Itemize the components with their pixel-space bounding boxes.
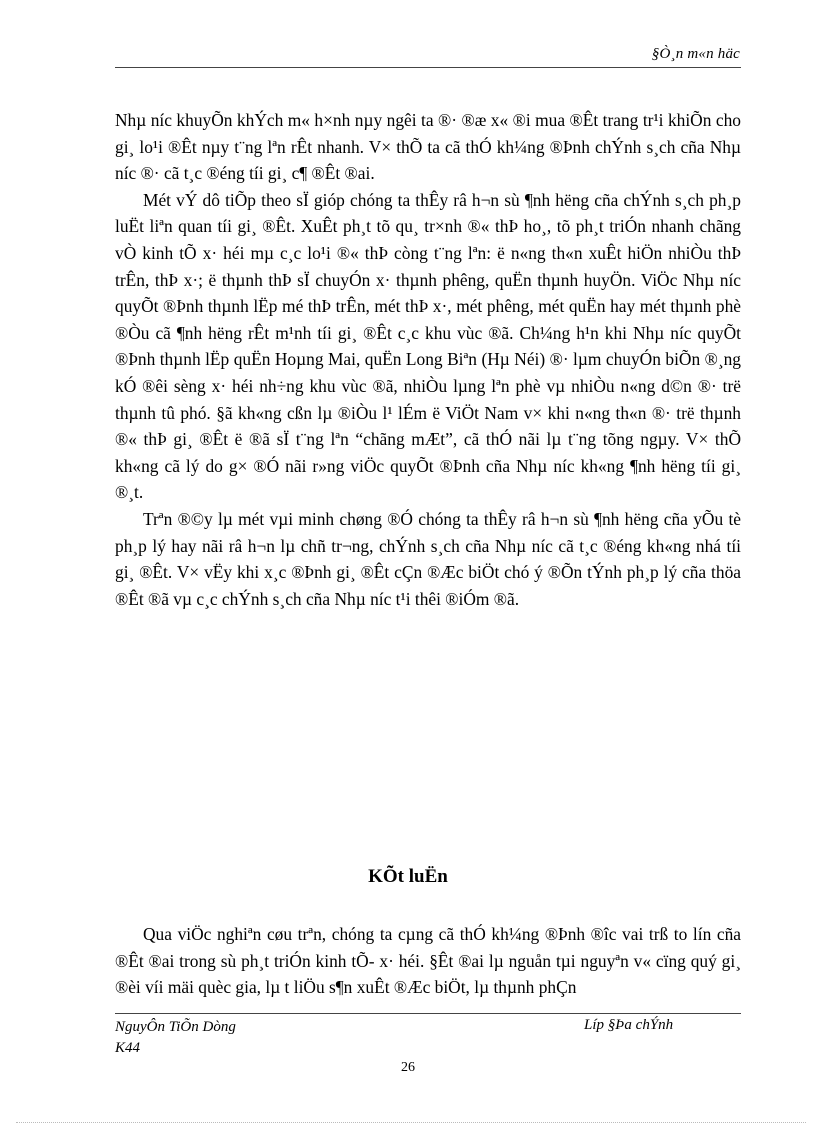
body-text: Nhµ n­íc khuyÕn khÝch m« h×nh nµy ngêi t…: [115, 107, 741, 612]
body-paragraph: Trªn ®©y lµ mét vµi minh chøng ®Ó chóng …: [115, 506, 741, 612]
footer-divider: [115, 1013, 741, 1014]
footer-author-cohort: K44: [115, 1038, 236, 1059]
conclusion-paragraph: Qua viÖc nghiªn cøu trªn, chóng ta cµng …: [115, 921, 741, 1001]
header-divider: [115, 67, 741, 68]
footer-class: Líp §Þa chÝnh: [584, 1017, 673, 1034]
footer-author-name: NguyÔn TiÕn Dòng: [115, 1017, 236, 1038]
running-header-title: §Ò¸n m«n häc: [652, 46, 740, 63]
body-paragraph: Mét vÝ dô tiÕp theo sÏ gióp chóng ta thÊ…: [115, 187, 741, 506]
section-heading-conclusion: KÕt luËn: [0, 866, 816, 888]
body-paragraph: Nhµ n­íc khuyÕn khÝch m« h×nh nµy ngêi t…: [115, 107, 741, 187]
conclusion-text: Qua viÖc nghiªn cøu trªn, chóng ta cµng …: [115, 921, 741, 1001]
footer-author: NguyÔn TiÕn Dòng K44: [115, 1017, 236, 1059]
document-page: §Ò¸n m«n häc Nhµ n­íc khuyÕn khÝch m« h×…: [0, 0, 816, 1123]
page-number: 26: [0, 1060, 816, 1076]
